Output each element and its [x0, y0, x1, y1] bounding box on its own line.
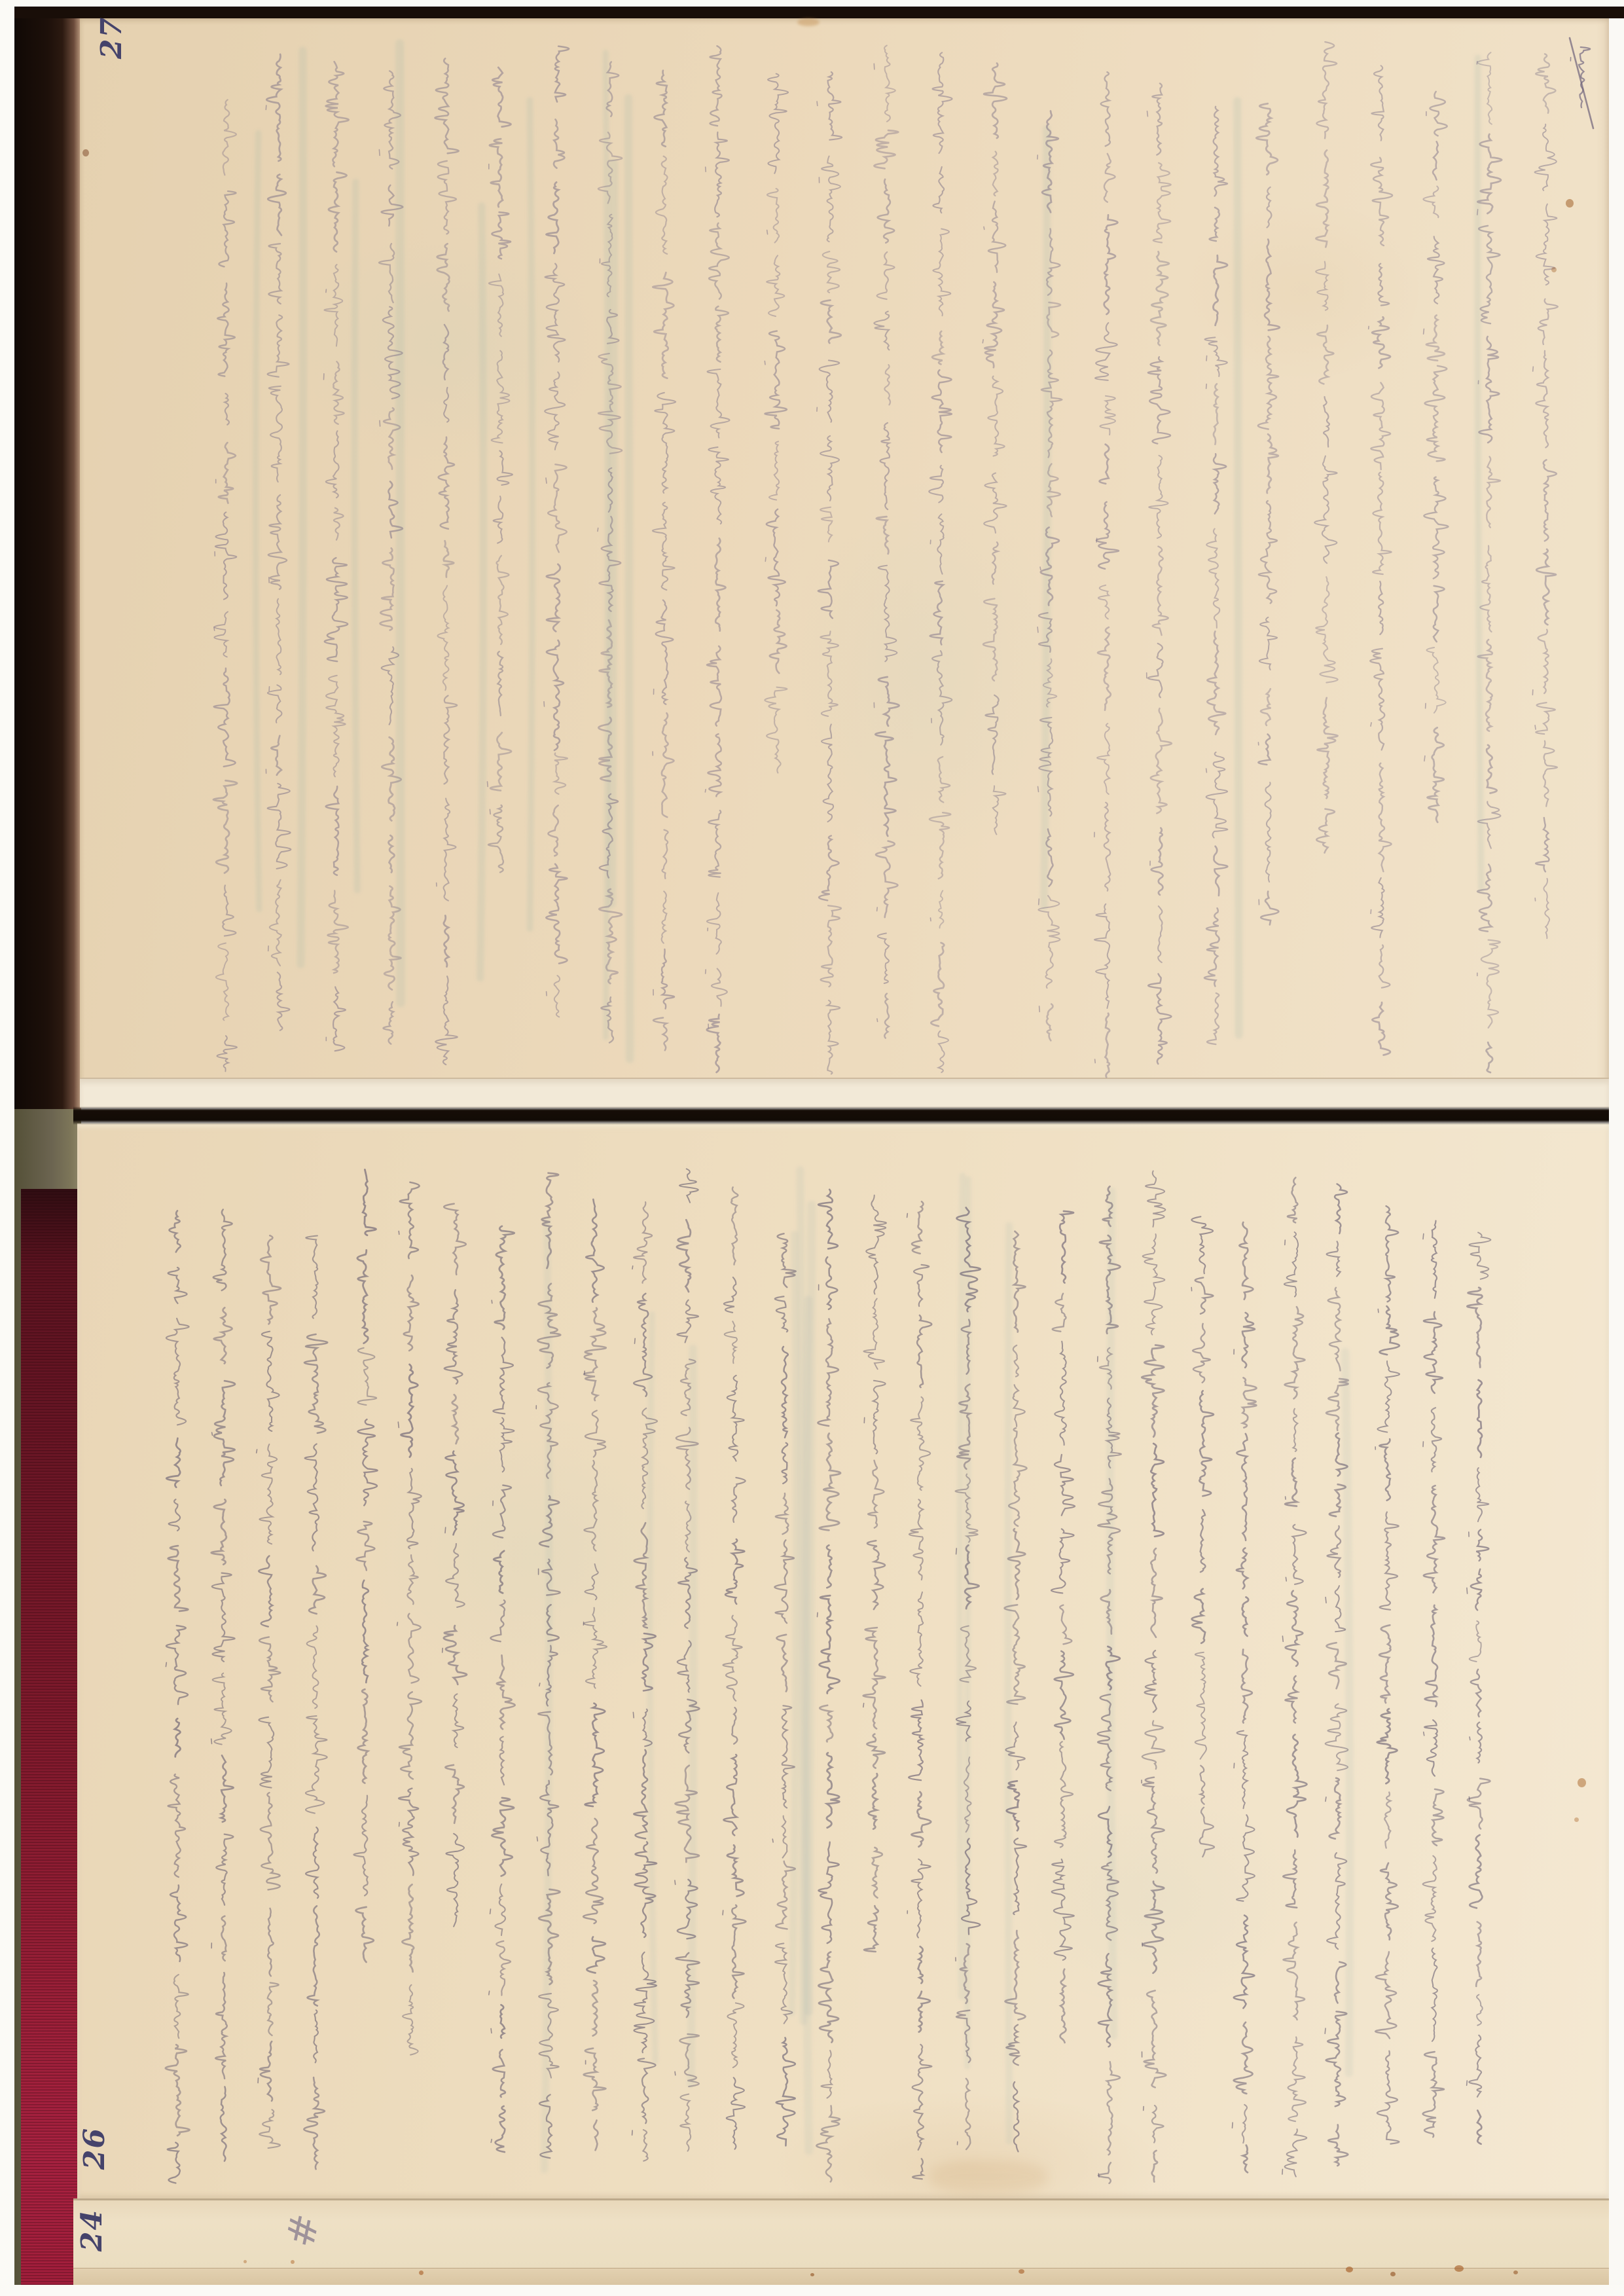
rust-stain	[1574, 1817, 1579, 1822]
foxing-spot	[1513, 2270, 1518, 2274]
rust-stain	[1578, 1778, 1586, 1787]
foxing-spot	[419, 2270, 424, 2275]
book-cover-red-cloth	[21, 1189, 79, 2285]
scanner-edge-right	[1609, 18, 1624, 2296]
page-27	[80, 17, 1609, 1108]
page-gap-shadow	[73, 1106, 1609, 1125]
foxing-spot	[810, 2273, 814, 2276]
rust-stain	[1551, 267, 1557, 272]
foxing-spot	[244, 2260, 247, 2263]
foxing-spot	[1019, 2269, 1024, 2274]
soft-stain	[929, 2160, 1047, 2193]
page-block-bottom-edge	[73, 2268, 1609, 2286]
book-cover-edge-dark	[14, 7, 81, 1109]
foxing-spot	[1346, 2267, 1353, 2272]
foxing-spot	[1390, 2272, 1396, 2276]
page-fore-edge	[80, 1078, 1609, 1108]
rust-stain	[1566, 199, 1574, 208]
scanner-edge-bottom	[0, 2285, 1624, 2296]
book-scan: 27 26 24 #	[0, 0, 1624, 2296]
page-number-27: 27	[95, 16, 128, 59]
foxing-spot	[1454, 2265, 1464, 2272]
tan-smudge	[797, 18, 820, 26]
foxing-spot	[291, 2260, 295, 2264]
page-number-24: 24	[75, 2209, 109, 2251]
rust-stain	[82, 149, 89, 156]
scanner-edge-top-shadow	[13, 7, 1624, 18]
page-26	[77, 1123, 1609, 2198]
page-number-26: 26	[78, 2127, 111, 2170]
scanner-edge-left	[0, 0, 14, 2296]
